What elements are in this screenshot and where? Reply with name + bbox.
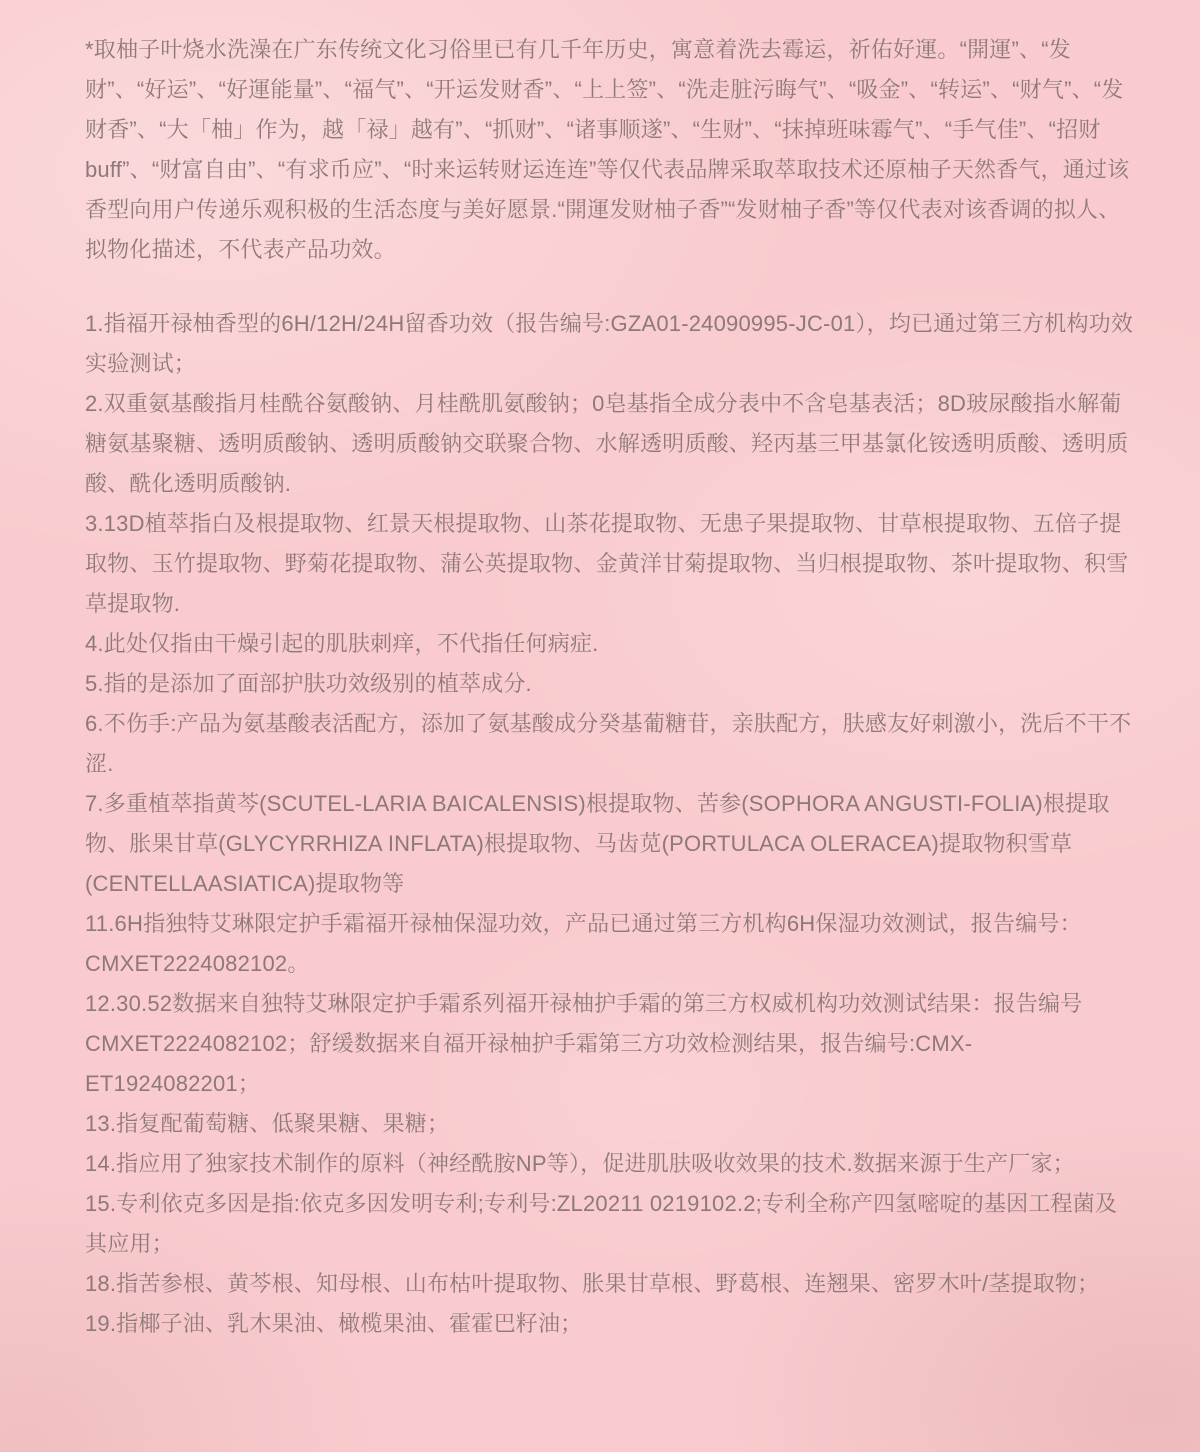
note-item: 2.双重氨基酸指月桂酰谷氨酸钠、月桂酰肌氨酸钠；0皂基指全成分表中不含皂基表活；… — [85, 384, 1135, 504]
note-item: 1.指福开禄柚香型的6H/12H/24H留香功效（报告编号:GZA01-2409… — [85, 304, 1135, 384]
note-item: 11.6H指独特艾琳限定护手霜福开禄柚保湿功效，产品已通过第三方机构6H保湿功效… — [85, 904, 1135, 984]
disclaimer-intro: *取柚子叶烧水洗澡在广东传统文化习俗里已有几千年历史，寓意着洗去霉运，祈佑好運。… — [85, 30, 1135, 270]
note-item: 15.专利依克多因是指:依克多因发明专利;专利号:ZL20211 0219102… — [85, 1184, 1135, 1264]
note-item: 7.多重植萃指黄芩(SCUTEL-LARIA BAICALENSIS)根提取物、… — [85, 784, 1135, 904]
disclaimer-notes-list: 1.指福开禄柚香型的6H/12H/24H留香功效（报告编号:GZA01-2409… — [85, 304, 1135, 1344]
note-item: 14.指应用了独家技术制作的原料（神经酰胺NP等），促进肌肤吸收效果的技术.数据… — [85, 1144, 1135, 1184]
page: { "colors": { "background": "#f9cbce", "… — [0, 0, 1200, 1452]
note-item: 18.指苦参根、黄芩根、知母根、山布枯叶提取物、胀果甘草根、野葛根、连翘果、密罗… — [85, 1264, 1135, 1304]
note-item: 19.指椰子油、乳木果油、橄榄果油、霍霍巴籽油； — [85, 1304, 1135, 1344]
note-item: 6.不伤手:产品为氨基酸表活配方，添加了氨基酸成分癸基葡糖苷，亲肤配方，肤感友好… — [85, 704, 1135, 784]
note-item: 12.30.52数据来自独特艾琳限定护手霜系列福开禄柚护手霜的第三方权威机构功效… — [85, 984, 1135, 1104]
note-item: 5.指的是添加了面部护肤功效级别的植萃成分. — [85, 664, 1135, 704]
note-item: 13.指复配葡萄糖、低聚果糖、果糖； — [85, 1104, 1135, 1144]
disclaimer-section: *取柚子叶烧水洗澡在广东传统文化习俗里已有几千年历史，寓意着洗去霉运，祈佑好運。… — [0, 0, 1200, 1452]
note-item: 3.13D植萃指白及根提取物、红景天根提取物、山茶花提取物、无患子果提取物、甘草… — [85, 504, 1135, 624]
note-item: 4.此处仅指由干燥引起的肌肤刺痒，不代指任何病症. — [85, 624, 1135, 664]
